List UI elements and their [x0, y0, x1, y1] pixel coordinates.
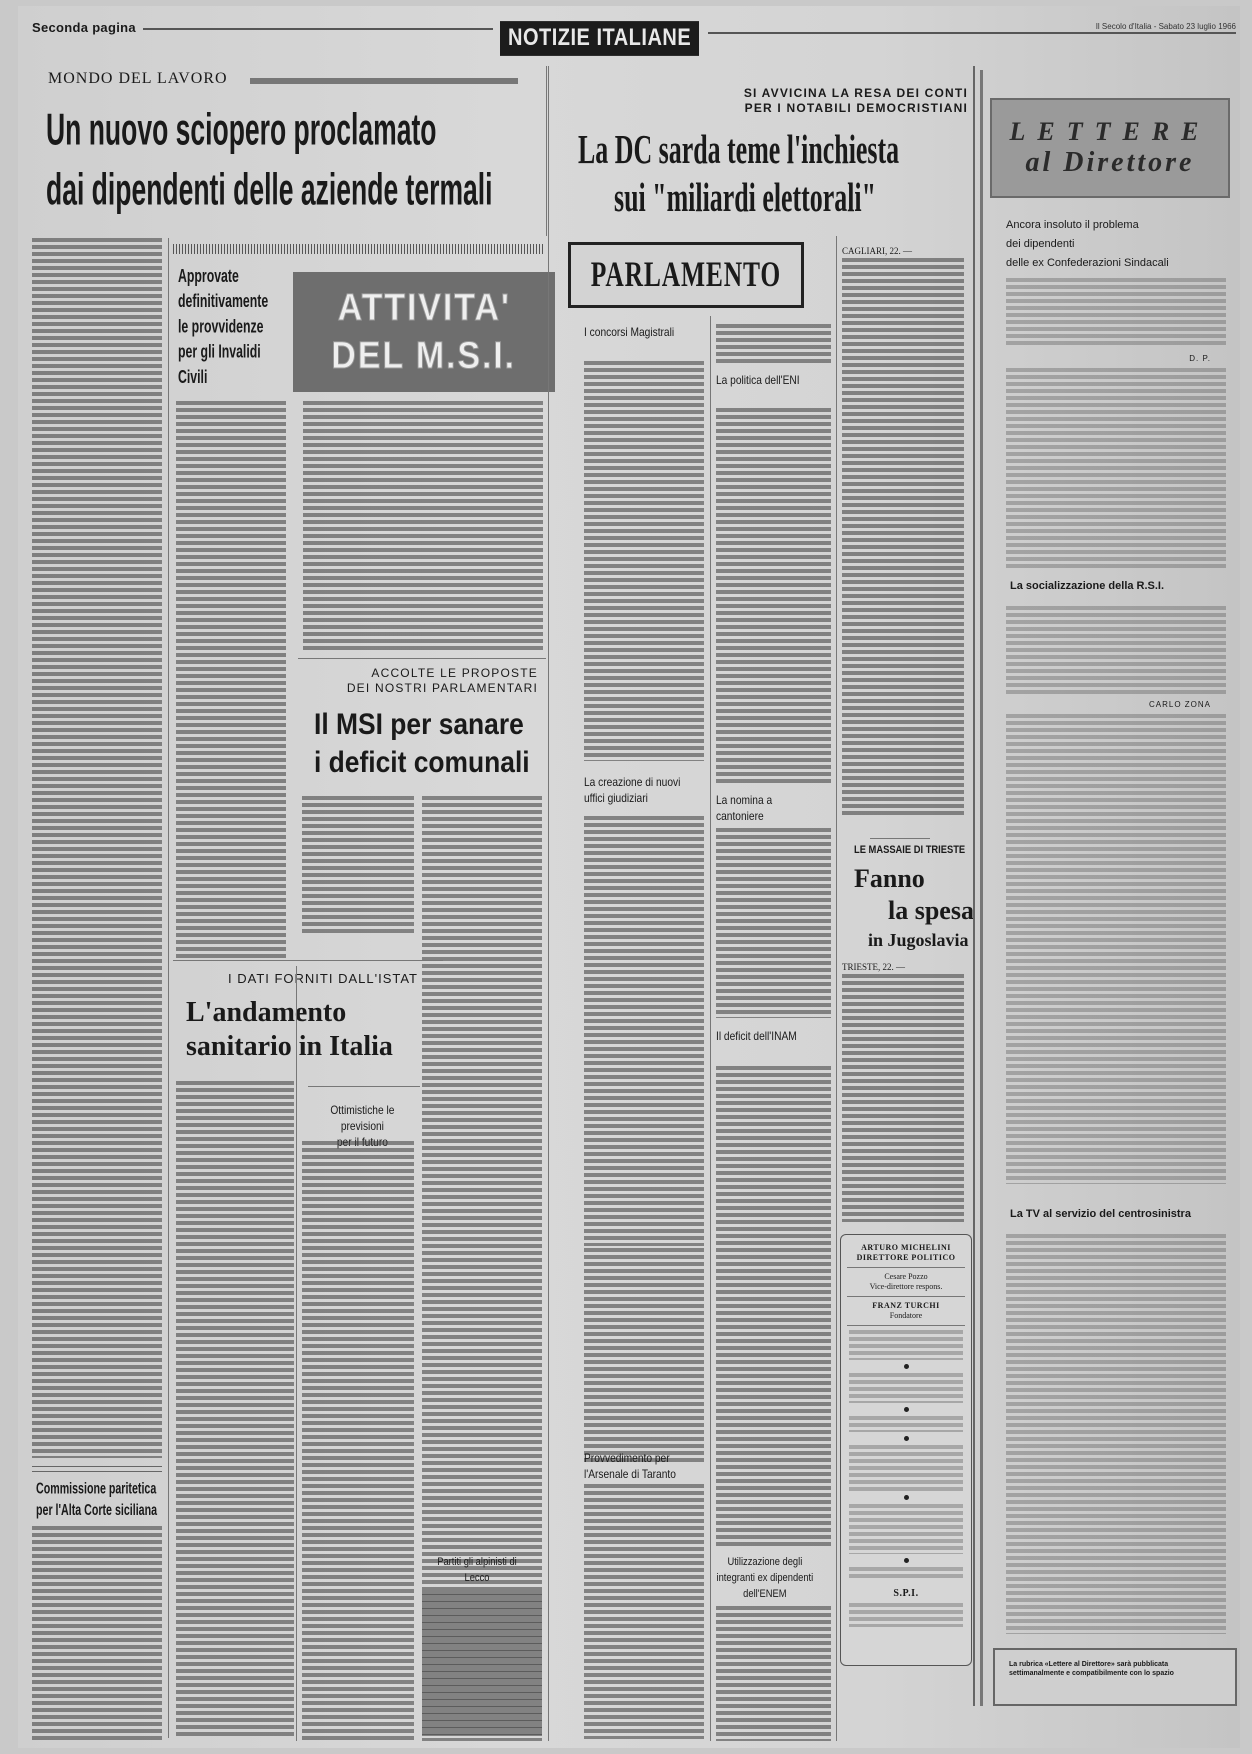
parl-enem-body [716, 1606, 831, 1741]
dc-kicker: SI AVVICINA LA RESA DEI CONTI PER I NOTA… [618, 86, 968, 116]
masthead-info [849, 1330, 963, 1360]
sicily-headline-line: Commissione paritetica [36, 1478, 159, 1500]
hatch-rule [173, 244, 543, 254]
rule [870, 838, 930, 839]
column-rule [710, 316, 711, 1741]
parl-subhead-concorsi: I concorsi Magistrali [584, 324, 678, 340]
parlamento-banner: PARLAMENTO [568, 242, 804, 308]
director-name: ARTURO MICHELINI [841, 1243, 971, 1253]
masthead-info [849, 1567, 963, 1581]
dc-kicker-line: SI AVVICINA LA RESA DEI CONTI [618, 86, 968, 101]
column-rule [168, 238, 169, 1738]
letter-1-reply [1006, 368, 1226, 568]
letter-title-line: Ancora insoluto il problema [1006, 216, 1226, 235]
istat-headline: L'andamento sanitario in Italia [186, 996, 393, 1064]
deficit-headline-line: Il MSI per sanare [314, 706, 530, 744]
letters-footer-box: La rubrica «Lettere al Direttore» sarà p… [993, 1648, 1237, 1706]
lecco-subhead: Partiti gli alpinisti di Lecco [426, 1554, 528, 1586]
lead-headline-1: Un nuovo sciopero proclamato [46, 104, 436, 156]
trieste-dateline: TRIESTE, 22. — [842, 962, 905, 972]
parl-subhead-cantoniere: La nomina a cantoniere [716, 792, 810, 824]
parl-subhead-inam: Il deficit dell'INAM [716, 1028, 814, 1044]
letter-2-title: La socializzazione della R.S.I. [1010, 580, 1164, 592]
bullet-icon [904, 1558, 909, 1563]
top-rule-left [143, 28, 493, 30]
parl-eni-body [716, 408, 831, 783]
deficit-headline-line: i deficit comunali [314, 744, 530, 782]
editorial-box: ARTURO MICHELINI DIRETTORE POLITICO Cesa… [840, 1234, 972, 1666]
sicily-headline-line: per l'Alta Corte siciliana [36, 1500, 159, 1522]
letters-footer-note: La rubrica «Lettere al Direttore» sarà p… [1009, 1660, 1221, 1690]
separator [847, 1325, 965, 1326]
masthead-info [849, 1416, 963, 1432]
letter-1-signature: D. P. [1006, 354, 1211, 363]
newspaper-page: Seconda pagina NOTIZIE ITALIANE Il Secol… [18, 6, 1240, 1748]
letter-title-line: dei dipendenti [1006, 235, 1226, 254]
lead-kicker: MONDO DEL LAVORO [48, 70, 228, 88]
founder-role: Fondatore [841, 1311, 971, 1321]
msi-activity-banner: ATTIVITA' DEL M.S.I. [293, 272, 555, 392]
dc-body-text [842, 258, 964, 818]
parl-subhead-eni: La politica dell'ENI [716, 372, 810, 388]
istat-body-text [176, 1081, 294, 1736]
letter-2-reply [1006, 714, 1226, 1184]
deficit-kicker-line: DEI NOSTRI PARLAMENTARI [308, 681, 538, 696]
section-banner: NOTIZIE ITALIANE [500, 21, 699, 56]
parl-subhead-taranto: Provvedimento per l'Arsenale di Taranto [584, 1450, 686, 1482]
msi-banner-line: ATTIVITA' [337, 284, 510, 332]
separator [847, 1267, 965, 1268]
parlamento-title: PARLAMENTO [591, 255, 781, 296]
deficit-body-text [302, 796, 414, 936]
msi-banner-line: DEL M.S.I. [332, 332, 517, 380]
bullet-icon [904, 1436, 909, 1441]
letter-2-body [1006, 606, 1226, 696]
istat-body-text-2 [302, 1141, 414, 1741]
parl-concorsi-body [584, 361, 704, 761]
trieste-headline-2: la spesa [888, 896, 974, 926]
rule [308, 1086, 420, 1087]
parl-inam-body [716, 1066, 831, 1546]
parl-uffici-body [584, 816, 704, 1246]
deficit-kicker: ACCOLTE LE PROPOSTE DEI NOSTRI PARLAMENT… [308, 666, 538, 696]
sicily-headline: Commissione paritetica per l'Alta Corte … [36, 1478, 159, 1521]
dc-dateline: CAGLIARI, 22. — [842, 246, 912, 256]
letter-3-title: La TV al servizio del centrosinistra [1010, 1208, 1191, 1220]
printer-name: S.P.I. [841, 1589, 971, 1599]
lead-body-text [32, 238, 162, 1458]
invalidi-headline: Approvate definitivamente le provvidenze… [178, 264, 285, 390]
parl-taranto-pre [584, 1248, 704, 1463]
istat-headline-line: L'andamento [186, 996, 393, 1030]
istat-kicker: I DATI FORNITI DALL'ISTAT [228, 971, 418, 986]
parl-subhead-uffici: La creazione di nuovi uffici giudiziari [584, 774, 686, 806]
invalidi-headline-line: Approvate [178, 264, 285, 289]
separator [847, 1296, 965, 1297]
dc-headline-1: La DC sarda teme l'inchiesta [578, 124, 899, 175]
bullet-icon [904, 1407, 909, 1412]
trieste-headline-3: in Jugoslavia [868, 930, 969, 951]
istat-headline-line: sanitario in Italia [186, 1030, 393, 1064]
rule [32, 1466, 162, 1472]
parl-taranto-body [584, 1484, 704, 1739]
column-rule [548, 66, 549, 1741]
masthead-info [849, 1504, 963, 1554]
director-role: DIRETTORE POLITICO [841, 1253, 971, 1263]
dc-kicker-line: PER I NOTABILI DEMOCRISTIANI [618, 101, 968, 116]
invalidi-body-text [176, 401, 286, 961]
msi-activity-body [303, 401, 543, 653]
deficit-kicker-line: ACCOLTE LE PROPOSTE [308, 666, 538, 681]
letters-banner: LETTERE al Direttore [990, 98, 1230, 198]
deficit-headline: Il MSI per sanare i deficit comunali [314, 706, 530, 782]
masthead-info [849, 1603, 963, 1627]
letter-2-signature: CARLO ZONA [1006, 700, 1211, 709]
vice-name: Cesare Pozzo [841, 1272, 971, 1282]
invalidi-headline-line: definitivamente [178, 289, 285, 314]
parl-subhead-enem: Utilizzazione degli integranti ex dipend… [716, 1554, 814, 1602]
sicily-body-text [32, 1526, 162, 1741]
lecco-body-text [422, 1591, 542, 1741]
invalidi-headline-line: le provvidenze [178, 314, 285, 339]
letter-1-title: Ancora insoluto il problema dei dipenden… [1006, 216, 1226, 273]
column-rule [973, 66, 975, 1706]
masthead-info [849, 1373, 963, 1403]
letter-1-body [1006, 278, 1226, 348]
vice-role: Vice-direttore respons. [841, 1282, 971, 1292]
section-label: Seconda pagina [32, 20, 136, 35]
dateline: Il Secolo d'Italia - Sabato 23 luglio 19… [1096, 22, 1236, 31]
invalidi-headline-line: per gli Invalidi [178, 340, 285, 365]
dc-headline-2: sui "miliardi elettorali" [614, 172, 876, 223]
column-rule [836, 236, 837, 1741]
istat-subhead-line: Ottimistiche le previsioni [308, 1102, 417, 1134]
rule [298, 658, 546, 659]
bullet-icon [904, 1364, 909, 1369]
masthead-info [849, 1445, 963, 1491]
trieste-kicker: LE MASSAIE DI TRIESTE [854, 844, 965, 856]
parl-col2-top [716, 324, 831, 364]
lead-headline-2: dai dipendenti delle aziende termali [46, 164, 493, 216]
trieste-body-text [842, 974, 964, 1222]
letter-title-line: delle ex Confederazioni Sindacali [1006, 254, 1226, 273]
parl-cantoniere-body [716, 828, 831, 1018]
rule [173, 960, 443, 961]
kicker-bar [250, 78, 518, 84]
bullet-icon [904, 1495, 909, 1500]
letters-banner-line: al Direttore [1026, 147, 1195, 179]
trieste-headline-1: Fanno [854, 864, 925, 894]
top-rule-right [708, 32, 1236, 34]
letter-3-body [1006, 1234, 1226, 1634]
column-rule [296, 966, 297, 1741]
column-rule [546, 66, 547, 236]
invalidi-headline-line: Civili [178, 365, 285, 390]
founder-name: FRANZ TURCHI [841, 1301, 971, 1311]
letters-banner-line: LETTERE [1009, 117, 1210, 147]
